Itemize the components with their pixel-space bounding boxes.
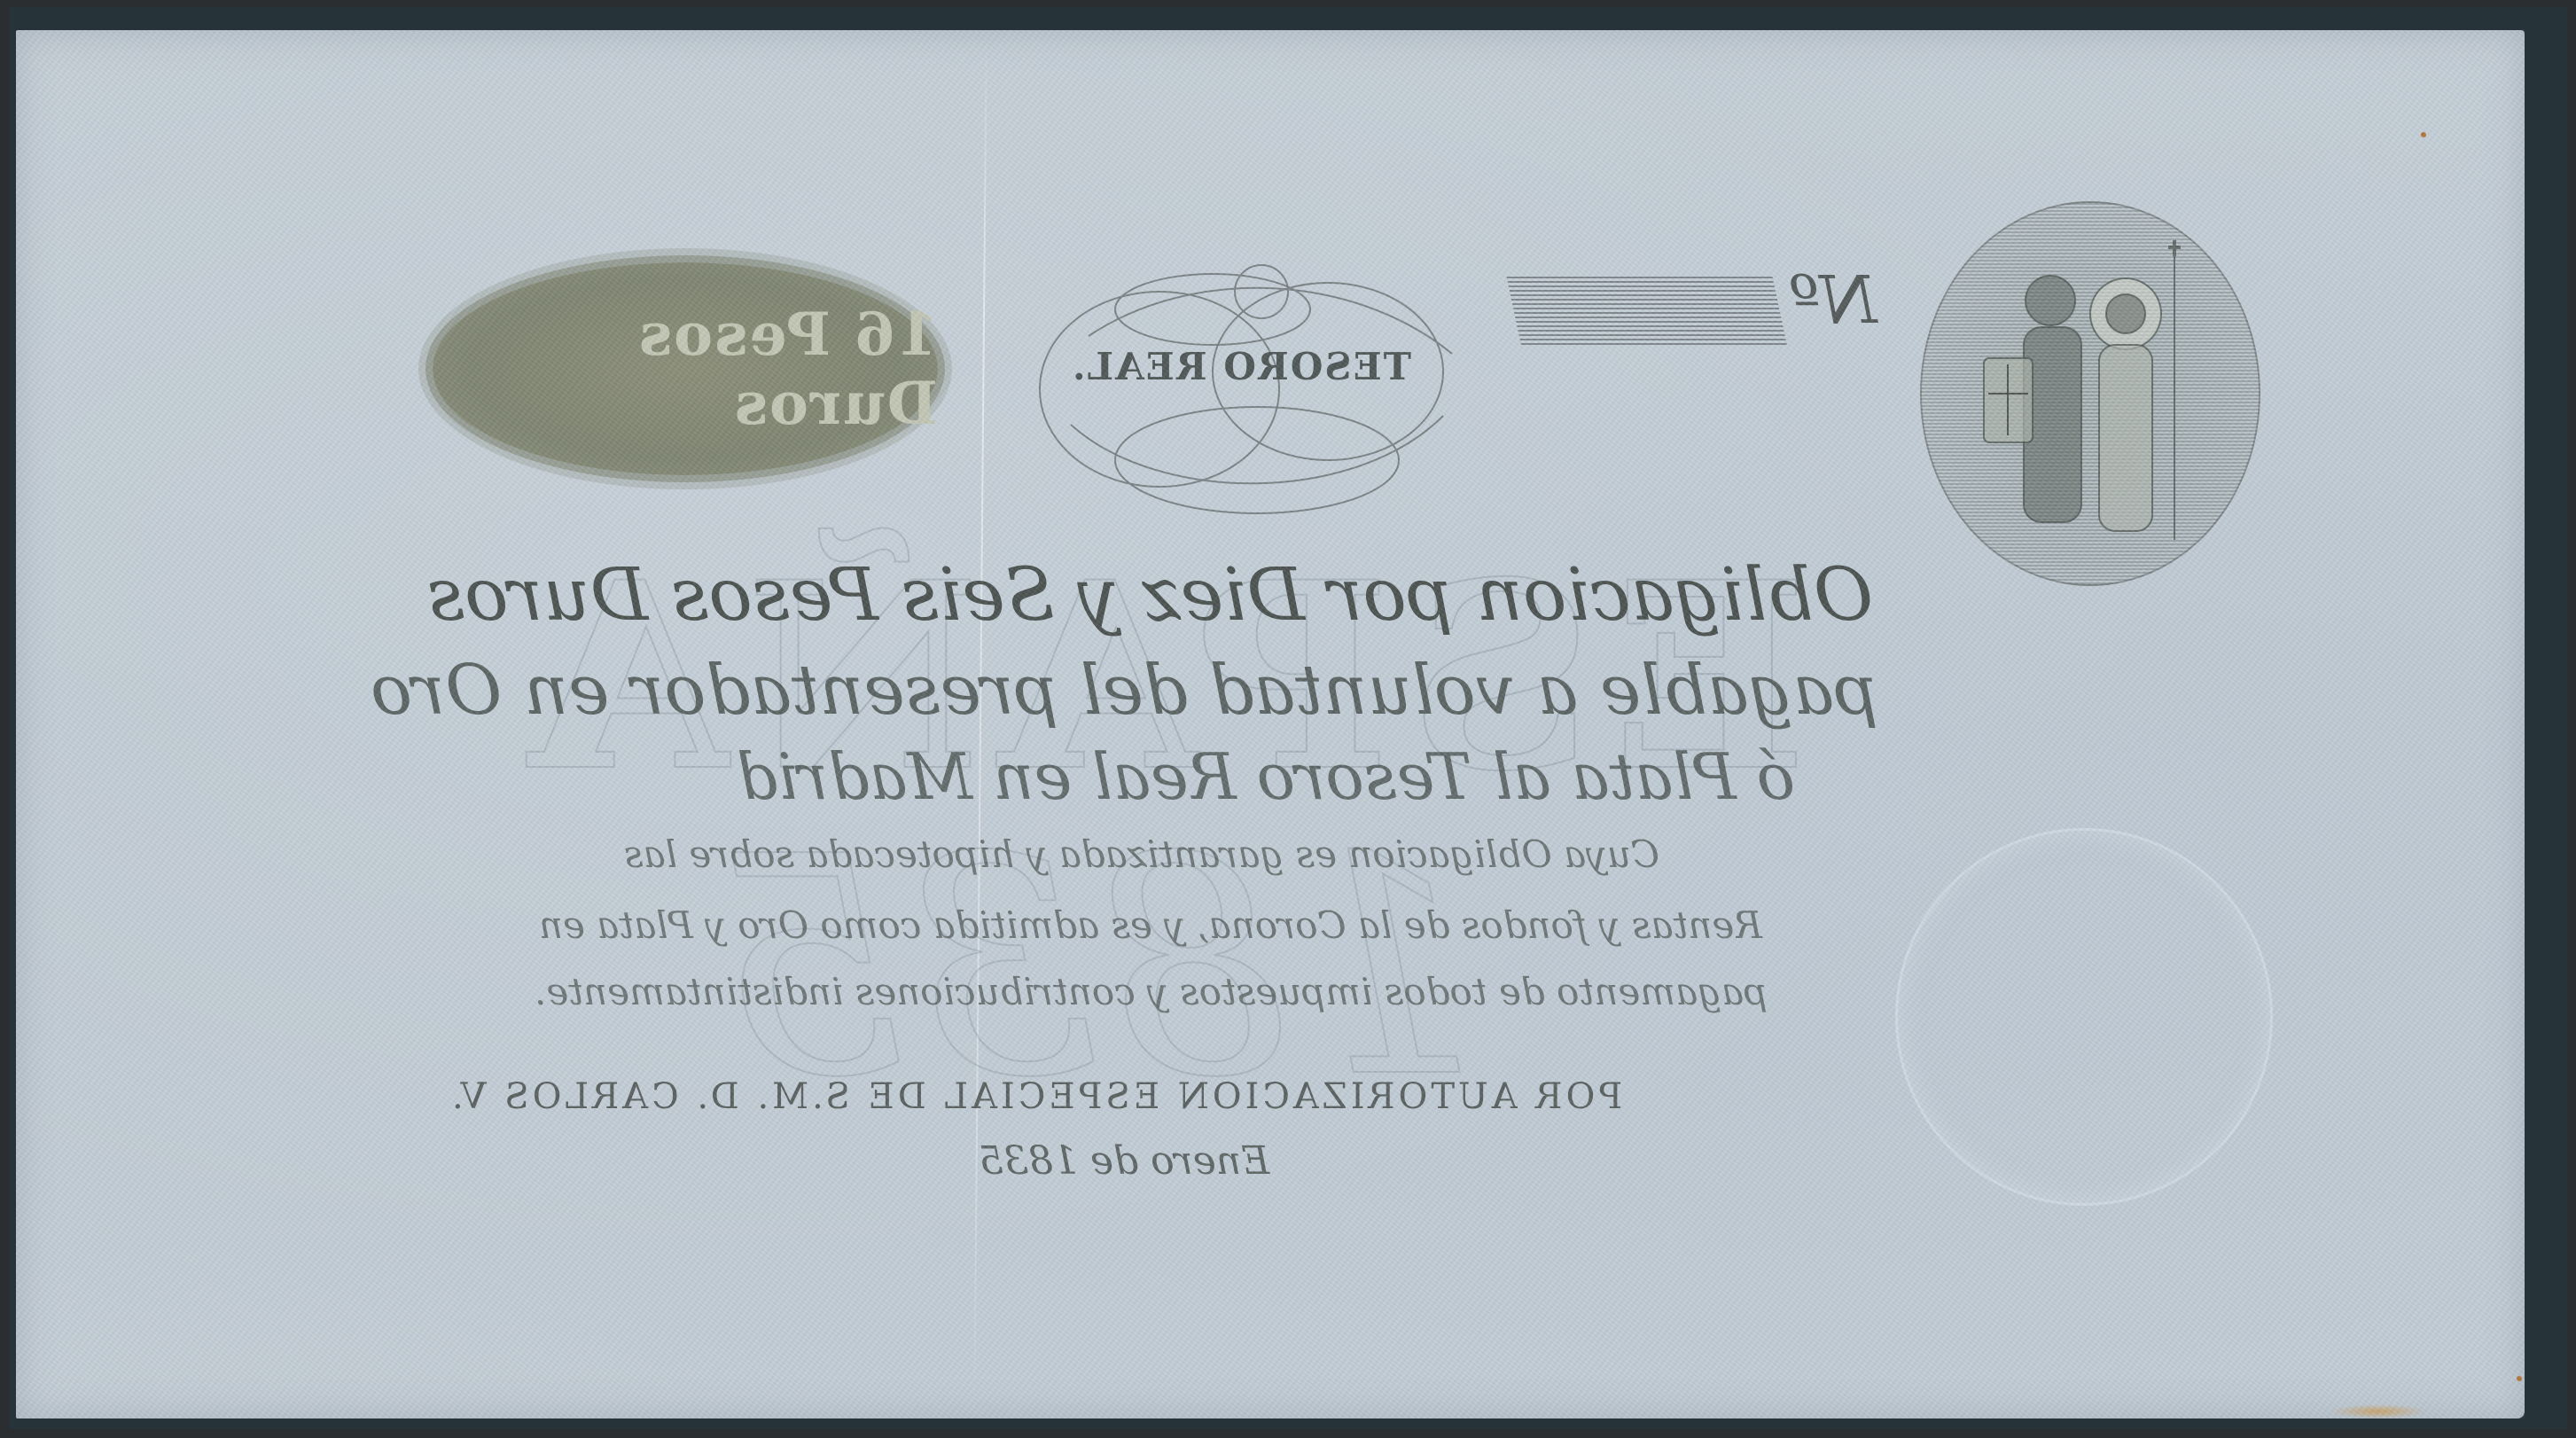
issue-date: Enero de 1835 (902, 1138, 1346, 1184)
number-label: Nº (1789, 262, 1877, 339)
figures-engraving-icon (1922, 203, 2259, 584)
watermark-roundel (1895, 828, 2273, 1206)
authorization-line: POR AUTORIZACION ESPECIAL DE S.M. D. CAR… (406, 1076, 1665, 1117)
body-line-4: Cuya Obligacion es garantizada y hipotec… (388, 832, 1895, 876)
vignette-medallion (1920, 201, 2260, 586)
serial-number-field (1506, 277, 1787, 348)
banknote-paper: ESPAÑA 1835 16 Pesos Duros TESORO REAL. … (16, 30, 2525, 1418)
body-line-6: pagamento de todos impuestos y contribuc… (388, 970, 1913, 1013)
foxing-stain (2330, 1404, 2427, 1418)
body-line-5: Rentas y fondos de la Corona, y es admit… (388, 903, 1913, 947)
foxing-spot (2421, 132, 2426, 137)
denomination-text: 16 Pesos Duros (433, 300, 938, 438)
body-line-1: Obligacion por Diez y Seis Pesos Duros (397, 553, 1904, 637)
body-line-3: ó Plata al Tesoro Real en Madrid (512, 739, 2019, 814)
foxing-spot (2517, 1376, 2522, 1381)
issuer-title: TESORO REAL. (1037, 345, 1445, 388)
denomination-panel: 16 Pesos Duros (433, 262, 938, 475)
body-line-2: pagable a voluntad del presentador en Or… (282, 651, 1966, 731)
